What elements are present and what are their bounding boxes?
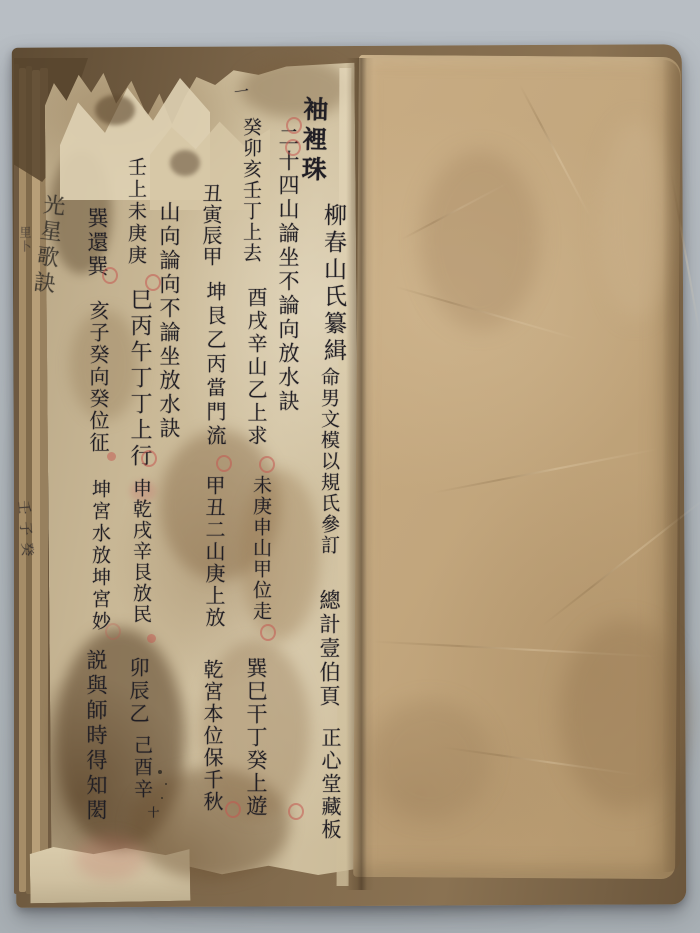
torn-fragment-char: 一	[232, 83, 249, 100]
verse3-line3: 申乾戌辛艮放民	[131, 478, 150, 625]
vermillion-ring	[141, 450, 157, 467]
vermillion-ring	[216, 455, 232, 472]
vermillion-dot	[107, 452, 116, 461]
verse1-line2: 酉戌辛山乙上求	[246, 287, 266, 448]
vermillion-ring	[288, 803, 304, 820]
verse2-line2: 坤艮乙丙當門流	[205, 281, 225, 449]
vermillion-ring	[260, 624, 276, 641]
page-highlight	[600, 120, 670, 320]
compiler-column: 柳春山氏纂緝	[321, 203, 344, 365]
ink-specks	[158, 770, 162, 774]
page-count-column: 總計壹伯頁	[318, 589, 339, 709]
verse4-line2: 亥子癸向癸位征	[88, 300, 108, 454]
edge-faint-chars: 里卜	[19, 226, 31, 254]
verse3-small-char: 十	[147, 806, 159, 818]
verse1-line1: 癸卯亥壬丁上去	[241, 117, 260, 264]
page-edge-layer	[19, 68, 26, 892]
photo-scene: 袖裡珠 柳春山氏纂緝 命男文模以規氏參訂 總計壹伯頁 正心堂藏板 二十四山論坐不…	[0, 0, 700, 933]
gutter-shadow	[346, 58, 374, 890]
torn-gap	[95, 95, 135, 125]
page-edge-layer	[32, 70, 40, 892]
vermillion-ring	[145, 274, 161, 291]
verse4-line3: 坤宮水放坤宮妙	[90, 479, 109, 633]
verse4-line4: 説與師時得知閎	[85, 649, 106, 824]
section2-title-column: 山向論向不論坐放水訣	[158, 201, 179, 441]
verse3-line5: 己酉辛	[132, 735, 151, 801]
torn-gap	[170, 150, 200, 176]
vermillion-ring	[285, 139, 301, 156]
verse3-line4: 卯辰乙	[128, 657, 148, 726]
page-stain	[370, 700, 490, 820]
vermillion-ring	[102, 267, 118, 284]
section1-title-column: 二十四山論坐不論向放水訣	[277, 126, 298, 414]
title-column: 袖裡珠	[300, 96, 327, 187]
verse2-line4: 乾宮本位保千秋	[202, 659, 222, 813]
publisher-column: 正心堂藏板	[320, 727, 340, 842]
verse2-line3: 甲丑二山庚上放	[204, 475, 224, 629]
page-stain	[240, 58, 350, 118]
red-ink-smudge	[75, 835, 145, 880]
vermillion-ring	[286, 117, 302, 134]
page-stain	[420, 150, 540, 330]
verse3-line2: 巳丙午丁丁上行	[128, 288, 150, 470]
vermillion-ring	[225, 801, 241, 818]
vermillion-dot	[147, 634, 156, 643]
vermillion-ring	[259, 456, 275, 473]
verse1-line4: 巽巳干丁癸上遊	[245, 657, 266, 818]
spine-scribble: 壬子癸	[16, 500, 34, 564]
verse3-line1: 壬上未庚庚	[126, 157, 145, 267]
right-page-edge-curl	[662, 60, 680, 872]
verse1-line3: 未庚申山甲位走	[251, 475, 270, 622]
proofreader-column: 命男文模以規氏參訂	[319, 367, 338, 556]
vermillion-ring	[105, 623, 121, 640]
verse2-line1: 丑寅辰甲	[201, 183, 221, 267]
